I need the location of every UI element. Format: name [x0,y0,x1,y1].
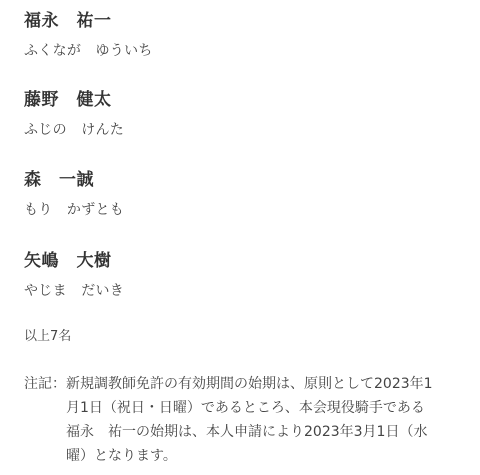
person-reading: ふくなが ゆういち [24,41,153,61]
person-entry: 森 一誠 もり かずとも [24,169,124,220]
person-entry: 藤野 健太 ふじの けんた [24,89,124,140]
total-count: 以上7名 [24,327,71,347]
person-entry: 矢嶋 大樹 やじま だいき [24,250,124,301]
person-entry: 福永 祐一 ふくなが ゆういち [24,10,153,61]
note-label: 注記： [24,372,66,468]
person-name: 森 一誠 [24,169,124,191]
person-reading: やじま だいき [24,281,124,301]
note-body: 新規調教師免許の有効期間の始期は、原則として2023年1 月1日（祝日・日曜）で… [66,372,474,468]
person-reading: ふじの けんた [24,120,124,140]
person-name: 矢嶋 大樹 [24,250,124,272]
person-name: 福永 祐一 [24,10,153,32]
note-block: 注記： 新規調教師免許の有効期間の始期は、原則として2023年1 月1日（祝日・… [24,372,474,468]
person-reading: もり かずとも [24,200,124,220]
person-name: 藤野 健太 [24,89,124,111]
